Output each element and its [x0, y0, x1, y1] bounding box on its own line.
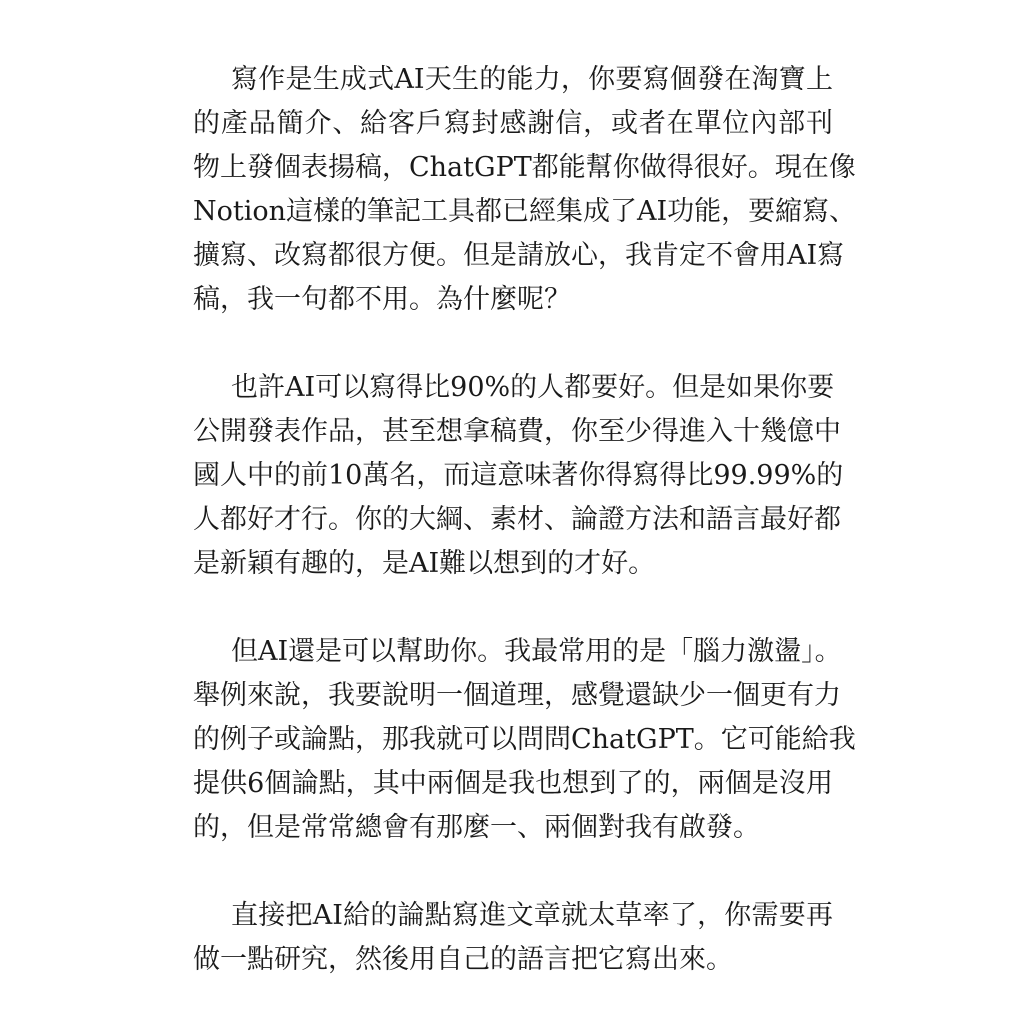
text-line: 是新穎有趣的，是AI難以想到的才好。	[193, 542, 833, 586]
text-line: Notion這樣的筆記工具都已經集成了AI功能，要縮寫、	[193, 190, 833, 234]
text-line: 人都好才行。你的大綱、素材、論證方法和語言最好都	[193, 498, 833, 542]
text-line: 做一點研究，然後用自己的語言把它寫出來。	[193, 938, 833, 982]
text-line: 國人中的前10萬名，而這意味著你得寫得比99.99%的	[193, 454, 833, 498]
text-line: 直接把AI給的論點寫進文章就太草率了，你需要再	[193, 894, 833, 938]
text-line: 擴寫、改寫都很方便。但是請放心，我肯定不會用AI寫	[193, 234, 833, 278]
text-line: 寫作是生成式AI天生的能力，你要寫個發在淘寶上	[193, 58, 833, 102]
text-line: 提供6個論點，其中兩個是我也想到了的，兩個是沒用	[193, 762, 833, 806]
text-line: 但AI還是可以幫助你。我最常用的是「腦力激盪」。	[193, 630, 833, 674]
text-line: 舉例來說，我要說明一個道理，感覺還缺少一個更有力	[193, 674, 833, 718]
text-line: 的例子或論點，那我就可以問問ChatGPT。它可能給我	[193, 718, 833, 762]
paragraph-4: 直接把AI給的論點寫進文章就太草率了，你需要再 做一點研究，然後用自己的語言把它…	[193, 894, 833, 982]
document-page: 寫作是生成式AI天生的能力，你要寫個發在淘寶上 的產品簡介、給客戶寫封感謝信，或…	[193, 58, 833, 1024]
paragraph-3: 但AI還是可以幫助你。我最常用的是「腦力激盪」。 舉例來說，我要說明一個道理，感…	[193, 630, 833, 850]
text-line: 的產品簡介、給客戶寫封感謝信，或者在單位內部刊	[193, 102, 833, 146]
text-line: 公開發表作品，甚至想拿稿費，你至少得進入十幾億中	[193, 410, 833, 454]
text-line: 也許AI可以寫得比90%的人都要好。但是如果你要	[193, 366, 833, 410]
text-line: 的，但是常常總會有那麼一、兩個對我有啟發。	[193, 806, 833, 850]
paragraph-2: 也許AI可以寫得比90%的人都要好。但是如果你要 公開發表作品，甚至想拿稿費，你…	[193, 366, 833, 586]
text-line: 稿，我一句都不用。為什麼呢？	[193, 278, 833, 322]
text-line: 物上發個表揚稿，ChatGPT都能幫你做得很好。現在像	[193, 146, 833, 190]
paragraph-1: 寫作是生成式AI天生的能力，你要寫個發在淘寶上 的產品簡介、給客戶寫封感謝信，或…	[193, 58, 833, 322]
